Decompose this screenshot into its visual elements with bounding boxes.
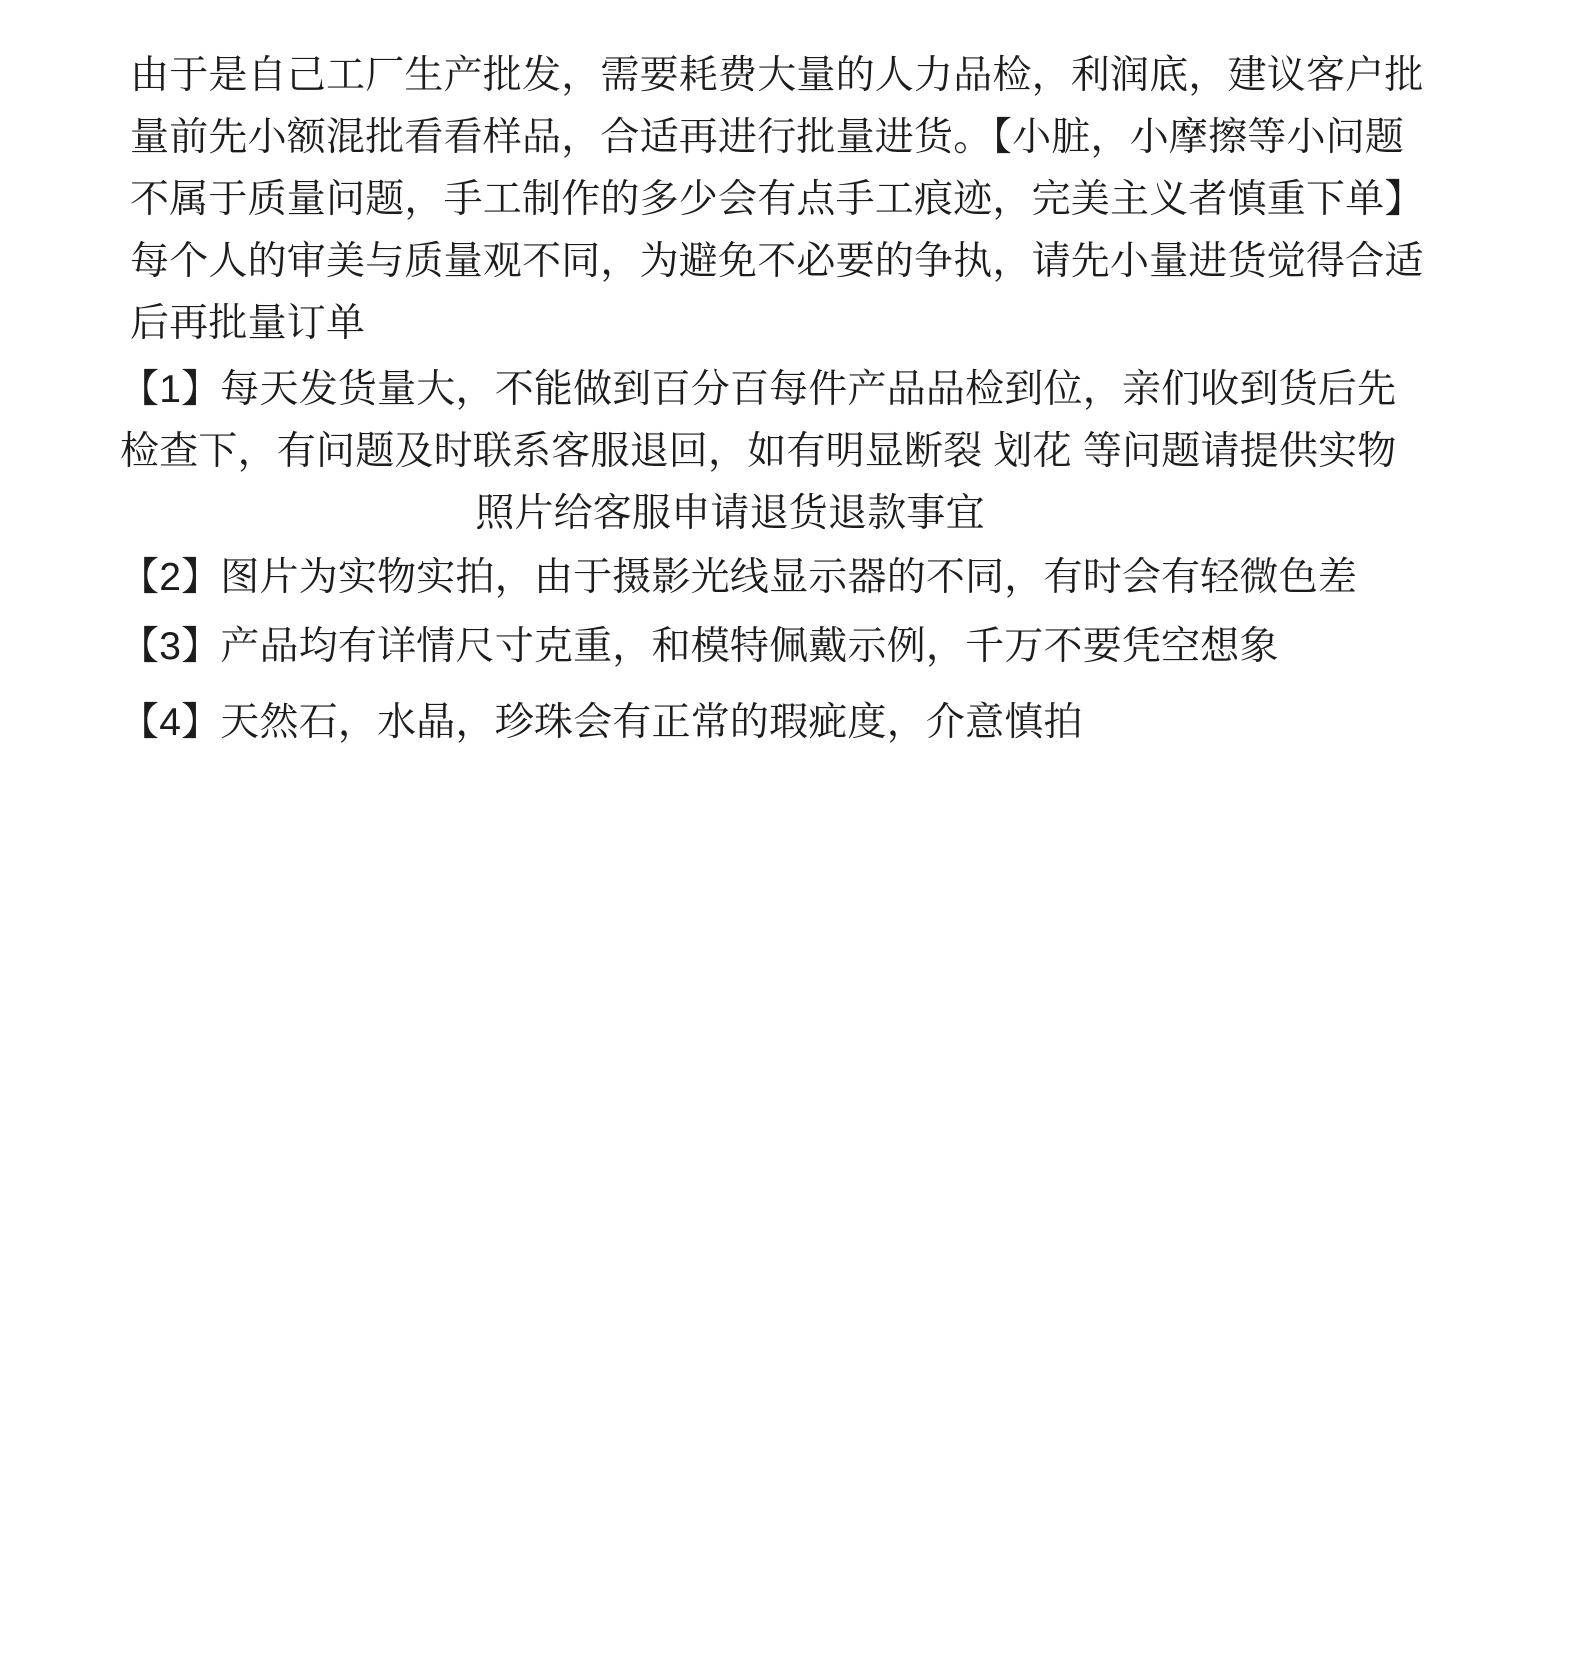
note-4-line-1: 【4】天然石，水晶，珍珠会有正常的瑕疵度，介意慎拍 <box>120 692 1450 754</box>
note-1-line-2: 检查下，有问题及时联系客服退回，如有明显断裂 划花 等问题请提供实物 <box>120 421 1450 483</box>
intro-line-4: 每个人的审美与质量观不同，为避免不必要的争执，请先小量进货觉得合适 <box>130 231 1450 293</box>
note-paragraph-3: 【3】产品均有详情尺寸克重，和模特佩戴示例，千万不要凭空想象 <box>120 616 1450 678</box>
note-paragraph-4: 【4】天然石，水晶，珍珠会有正常的瑕疵度，介意慎拍 <box>120 692 1450 754</box>
note-paragraph-1: 【1】每天发货量大，不能做到百分百每件产品品检到位，亲们收到货后先 检查下，有问… <box>120 359 1450 545</box>
intro-paragraph: 由于是自己工厂生产批发，需要耗费大量的人力品检，利润底，建议客户批 量前先小额混… <box>120 45 1450 355</box>
intro-line-1: 由于是自己工厂生产批发，需要耗费大量的人力品检，利润底，建议客户批 <box>130 45 1450 107</box>
note-1-line-1: 【1】每天发货量大，不能做到百分百每件产品品检到位，亲们收到货后先 <box>120 359 1450 421</box>
note-1-line-3: 照片给客服申请退货退款事宜 <box>120 483 1340 545</box>
intro-line-5: 后再批量订单 <box>130 293 1450 355</box>
note-paragraph-2: 【2】图片为实物实拍，由于摄影光线显示器的不同，有时会有轻微色差 <box>120 547 1450 609</box>
intro-line-3: 不属于质量问题，手工制作的多少会有点手工痕迹，完美主义者慎重下单】 <box>130 169 1450 231</box>
note-3-line-1: 【3】产品均有详情尺寸克重，和模特佩戴示例，千万不要凭空想象 <box>120 616 1450 678</box>
product-notice-content: 由于是自己工厂生产批发，需要耗费大量的人力品检，利润底，建议客户批 量前先小额混… <box>120 45 1450 754</box>
intro-line-2: 量前先小额混批看看样品，合适再进行批量进货。【小脏，小摩擦等小问题 <box>130 107 1450 169</box>
note-2-line-1: 【2】图片为实物实拍，由于摄影光线显示器的不同，有时会有轻微色差 <box>120 547 1450 609</box>
